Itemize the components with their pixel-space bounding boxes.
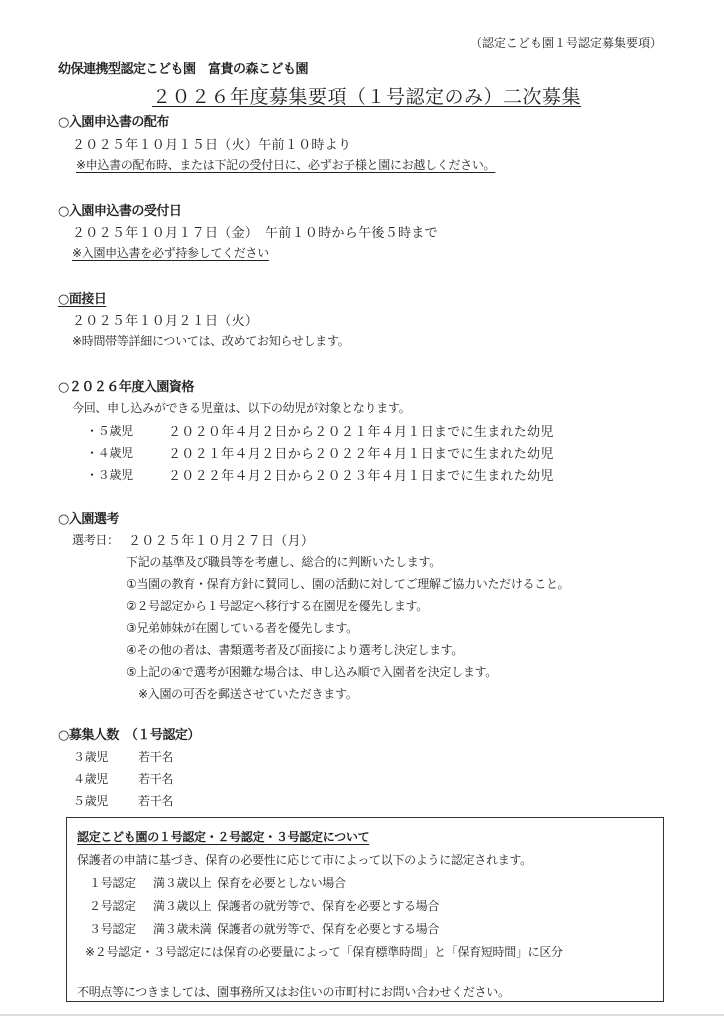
cert-age: 満３歳以上 bbox=[153, 874, 212, 891]
cert-type: ２号認定 bbox=[89, 897, 136, 914]
interview-date: ２０２５年１０月２１日（火） bbox=[72, 310, 258, 329]
distribution-note: ※申込書の配布時、または下記の受付日に、必ずお子様と園にお越しください。 bbox=[76, 156, 495, 173]
info-box-note: ※２号認定・３号認定には保育の必要量によって「保育標準時間」と「保育短時間」に区… bbox=[85, 943, 563, 960]
selection-intro: 下記の基準及び職員等を考慮し、総合的に判断いたします。 bbox=[126, 553, 441, 570]
cert-age: 満３歳以上 bbox=[153, 897, 212, 914]
page-title: ２０２６年度募集要項（１号認定のみ）二次募集 bbox=[152, 82, 581, 109]
selection-date-label: 選考日： bbox=[72, 531, 119, 548]
organization-name: 幼保連携型認定こども園 富貴の森こども園 bbox=[58, 58, 308, 77]
info-box-heading: 認定こども園の１号認定・２号認定・３号認定について bbox=[77, 828, 369, 845]
section-heading-interview: ○面接日 bbox=[58, 288, 106, 307]
selection-criterion: ②２号認定から１号認定へ移行する在園児を優先します。 bbox=[126, 597, 428, 614]
section-heading-reception: ○入園申込書の受付日 bbox=[58, 200, 181, 219]
page-edge-divider bbox=[0, 1014, 724, 1016]
eligibility-age: ・５歳児 bbox=[86, 422, 133, 439]
eligibility-age: ・４歳児 bbox=[86, 444, 133, 461]
capacity-age: ５歳児 bbox=[73, 792, 108, 809]
capacity-count: 若干名 bbox=[138, 748, 173, 765]
capacity-count: 若干名 bbox=[138, 770, 173, 787]
document-code: （認定こども園１号認定募集要項） bbox=[470, 34, 662, 51]
selection-criterion: ③兄弟姉妹が在園している者を優先します。 bbox=[126, 619, 358, 636]
section-heading-eligibility: ○２０２６年度入園資格 bbox=[58, 376, 194, 395]
info-box-intro: 保護者の申請に基づき、保育の必要性に応じて市によって以下のように認定されます。 bbox=[77, 851, 532, 868]
selection-criterion: ⑤上記の④で選考が困難な場合は、申し込み順で入園者を決定します。 bbox=[126, 663, 497, 680]
section-heading-capacity: ○募集人数 （１号認定） bbox=[58, 724, 200, 743]
section-heading-distribution: ○入園申込書の配布 bbox=[58, 111, 169, 130]
cert-type: １号認定 bbox=[89, 874, 136, 891]
eligibility-intro: 今回、申し込みができる児童は、以下の幼児が対象となります。 bbox=[72, 399, 410, 416]
eligibility-range: ２０２０年４月２日から２０２１年４月１日までに生まれた幼児 bbox=[168, 421, 554, 440]
reception-note: ※入園申込書を必ず持参してください bbox=[72, 244, 269, 261]
interview-note: ※時間帯等詳細については、改めてお知らせします。 bbox=[72, 332, 349, 349]
cert-age: 満３歳未満 bbox=[153, 920, 212, 937]
eligibility-range: ２０２１年４月２日から２０２２年４月１日までに生まれた幼児 bbox=[168, 443, 554, 462]
selection-note: ※入園の可否を郵送させていただきます。 bbox=[138, 685, 357, 702]
certification-info-box: 認定こども園の１号認定・２号認定・３号認定について 保護者の申請に基づき、保育の… bbox=[66, 817, 664, 1002]
cert-desc: 保護者の就労等で、保育を必要とする場合 bbox=[217, 897, 439, 914]
cert-desc: 保育を必要としない場合 bbox=[217, 874, 346, 891]
selection-criterion: ④その他の者は、書類選考者及び面接により選考し決定します。 bbox=[126, 641, 463, 658]
capacity-age: ４歳児 bbox=[73, 770, 108, 787]
cert-type: ３号認定 bbox=[89, 920, 136, 937]
cert-desc: 保護者の就労等で、保育を必要とする場合 bbox=[217, 920, 439, 937]
selection-criterion: ①当園の教育・保育方針に賛同し、園の活動に対してご理解ご協力いただけること。 bbox=[126, 575, 569, 592]
selection-date: ２０２５年１０月２７日（月） bbox=[128, 530, 314, 549]
section-heading-selection: ○入園選考 bbox=[58, 508, 119, 527]
capacity-age: ３歳児 bbox=[73, 748, 108, 765]
capacity-count: 若干名 bbox=[138, 792, 173, 809]
eligibility-range: ２０２２年４月２日から２０２３年４月１日までに生まれた幼児 bbox=[168, 465, 554, 484]
info-box-contact: 不明点等につきましては、園事務所又はお住いの市町村にお問い合わせください。 bbox=[77, 983, 510, 1000]
distribution-date: ２０２５年１０月１５日（火）午前１０時より bbox=[72, 134, 351, 153]
eligibility-age: ・３歳児 bbox=[86, 466, 133, 483]
reception-date: ２０２５年１０月１７日（金） 午前１０時から午後５時まで bbox=[72, 222, 438, 241]
